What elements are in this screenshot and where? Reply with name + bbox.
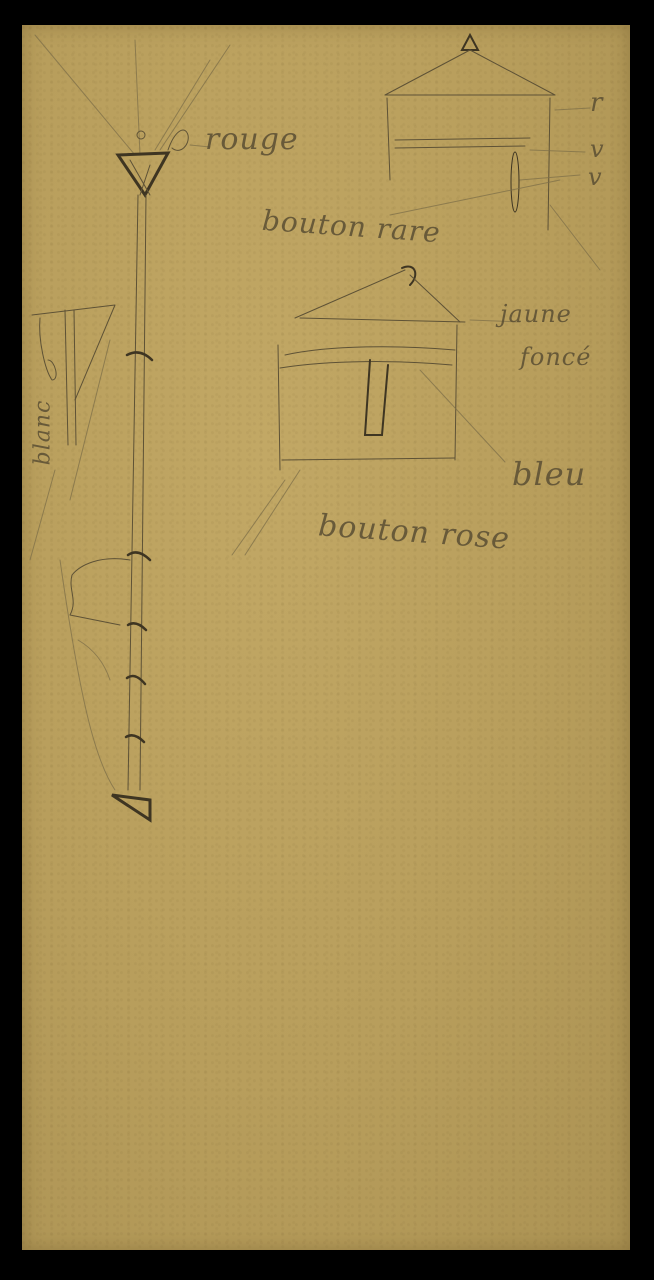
label-r: r — [590, 88, 603, 118]
label-blanc: blanc — [30, 400, 55, 466]
label-v-2: v — [588, 163, 603, 191]
side-profile-shape — [30, 470, 130, 680]
suspension-lines — [35, 35, 230, 155]
hanging-pole — [60, 195, 152, 820]
label-bleu: bleu — [512, 455, 586, 493]
label-jaune: jaune — [500, 300, 572, 328]
label-fonce: foncé — [520, 343, 591, 371]
pole-top-knot — [118, 130, 210, 195]
label-v-1: v — [590, 135, 605, 163]
label-rouge: rouge — [205, 122, 299, 157]
pencil-sketch — [0, 0, 654, 1280]
